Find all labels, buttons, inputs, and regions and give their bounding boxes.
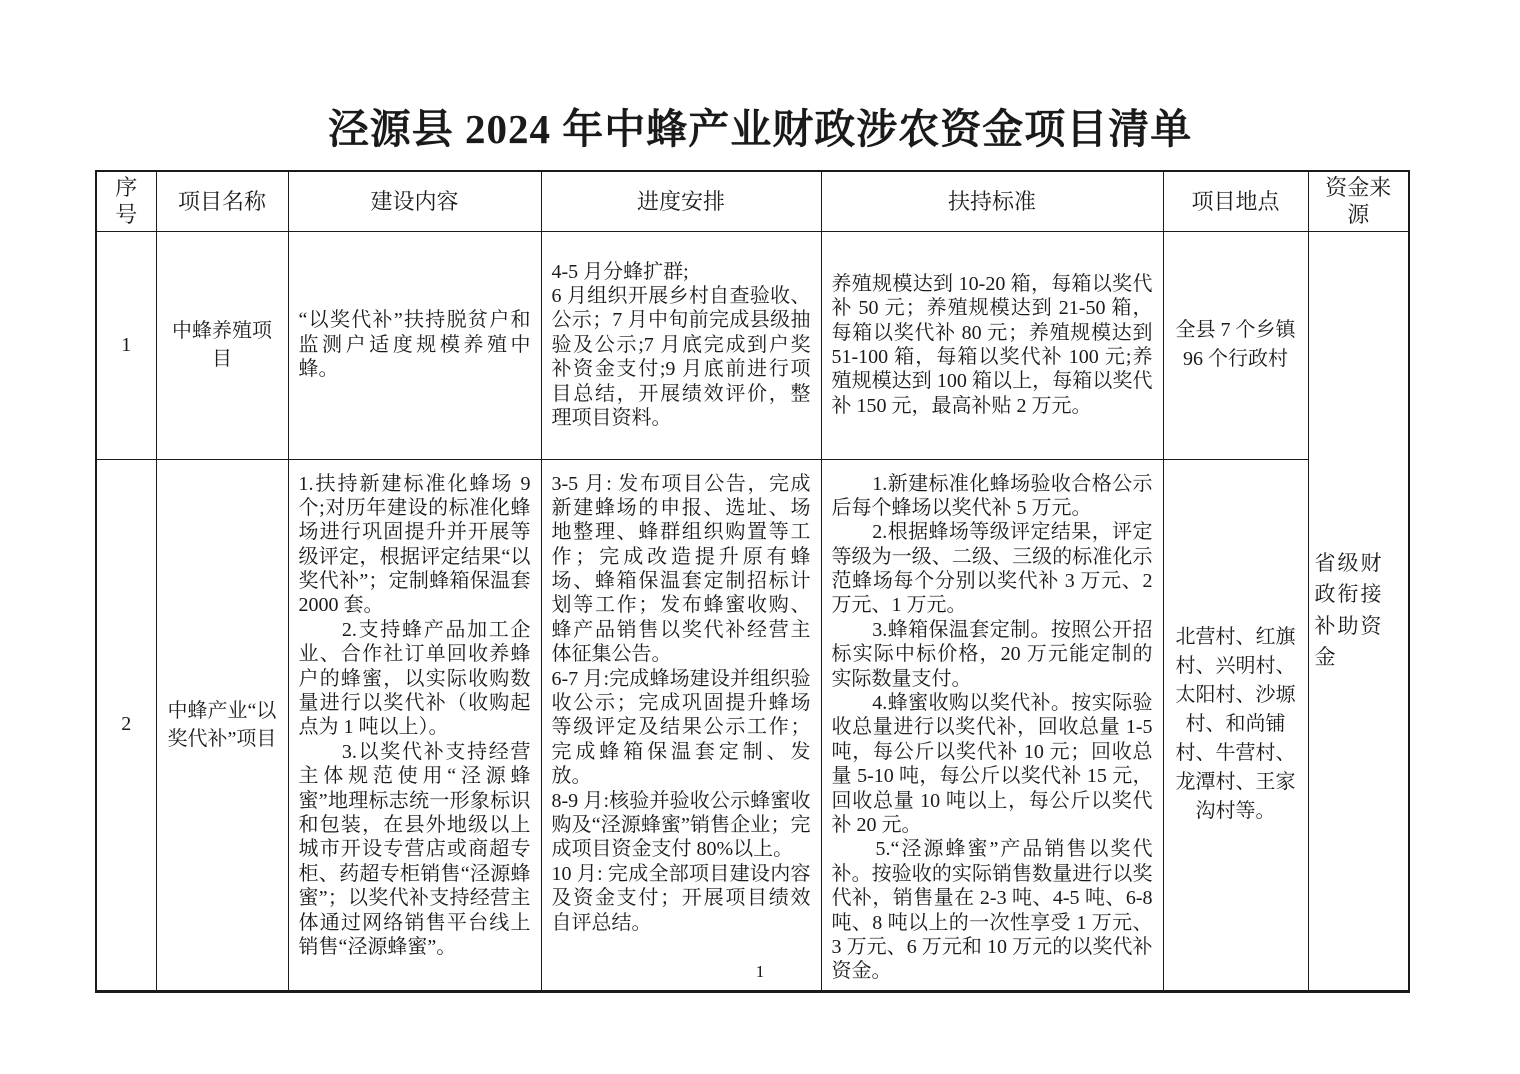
cell-location: 北营村、红旗村、兴明村、太阳村、沙塬村、和尚铺村、牛营村、龙潭村、王家沟村等。 [1163, 459, 1308, 991]
cell-seq: 2 [96, 459, 156, 991]
cell-project-name: 中蜂产业“以奖代补”项目 [156, 459, 288, 991]
header-seq: 序号 [96, 171, 156, 231]
page-number: 1 [0, 962, 1520, 982]
header-project-name: 项目名称 [156, 171, 288, 231]
header-support-standard: 扶持标准 [821, 171, 1163, 231]
table-row: 1 中蜂养殖项目 “以奖代补”扶持脱贫户和监测户适度规模养殖中蜂。 4-5 月分… [96, 231, 1409, 459]
table-row: 2 中蜂产业“以奖代补”项目 1.扶持新建标准化蜂场 9 个;对历年建设的标准化… [96, 459, 1409, 991]
cell-seq: 1 [96, 231, 156, 459]
cell-funding-source: 省级财政衔接补助资金 [1308, 231, 1409, 991]
cell-support-standard: 1.新建标准化蜂场验收合格公示后每个蜂场以奖代补 5 万元。 2.根据蜂场等级评… [821, 459, 1163, 991]
cell-schedule: 3-5 月: 发布项目公告，完成新建蜂场的申报、选址、场地整理、蜂群组织购置等工… [541, 459, 821, 991]
header-schedule: 进度安排 [541, 171, 821, 231]
cell-construction-content: “以奖代补”扶持脱贫户和监测户适度规模养殖中蜂。 [288, 231, 541, 459]
cell-schedule: 4-5 月分蜂扩群; 6 月组织开展乡村自查验收、公示；7 月中旬前完成县级抽验… [541, 231, 821, 459]
header-funding-source: 资金来源 [1308, 171, 1409, 231]
cell-construction-content: 1.扶持新建标准化蜂场 9 个;对历年建设的标准化蜂场进行巩固提升并开展等级评定… [288, 459, 541, 991]
page-title: 泾源县 2024 年中蜂产业财政涉农资金项目清单 [0, 96, 1520, 155]
cell-support-standard: 养殖规模达到 10-20 箱，每箱以奖代补 50 元；养殖规模达到 21-50 … [821, 231, 1163, 459]
table-header-row: 序号 项目名称 建设内容 进度安排 扶持标准 项目地点 资金来源 [96, 171, 1409, 231]
projects-table: 序号 项目名称 建设内容 进度安排 扶持标准 项目地点 资金来源 1 中蜂养殖项… [95, 170, 1410, 993]
cell-project-name: 中蜂养殖项目 [156, 231, 288, 459]
header-construction-content: 建设内容 [288, 171, 541, 231]
cell-location: 全县 7 个乡镇 96 个行政村 [1163, 231, 1308, 459]
header-location: 项目地点 [1163, 171, 1308, 231]
